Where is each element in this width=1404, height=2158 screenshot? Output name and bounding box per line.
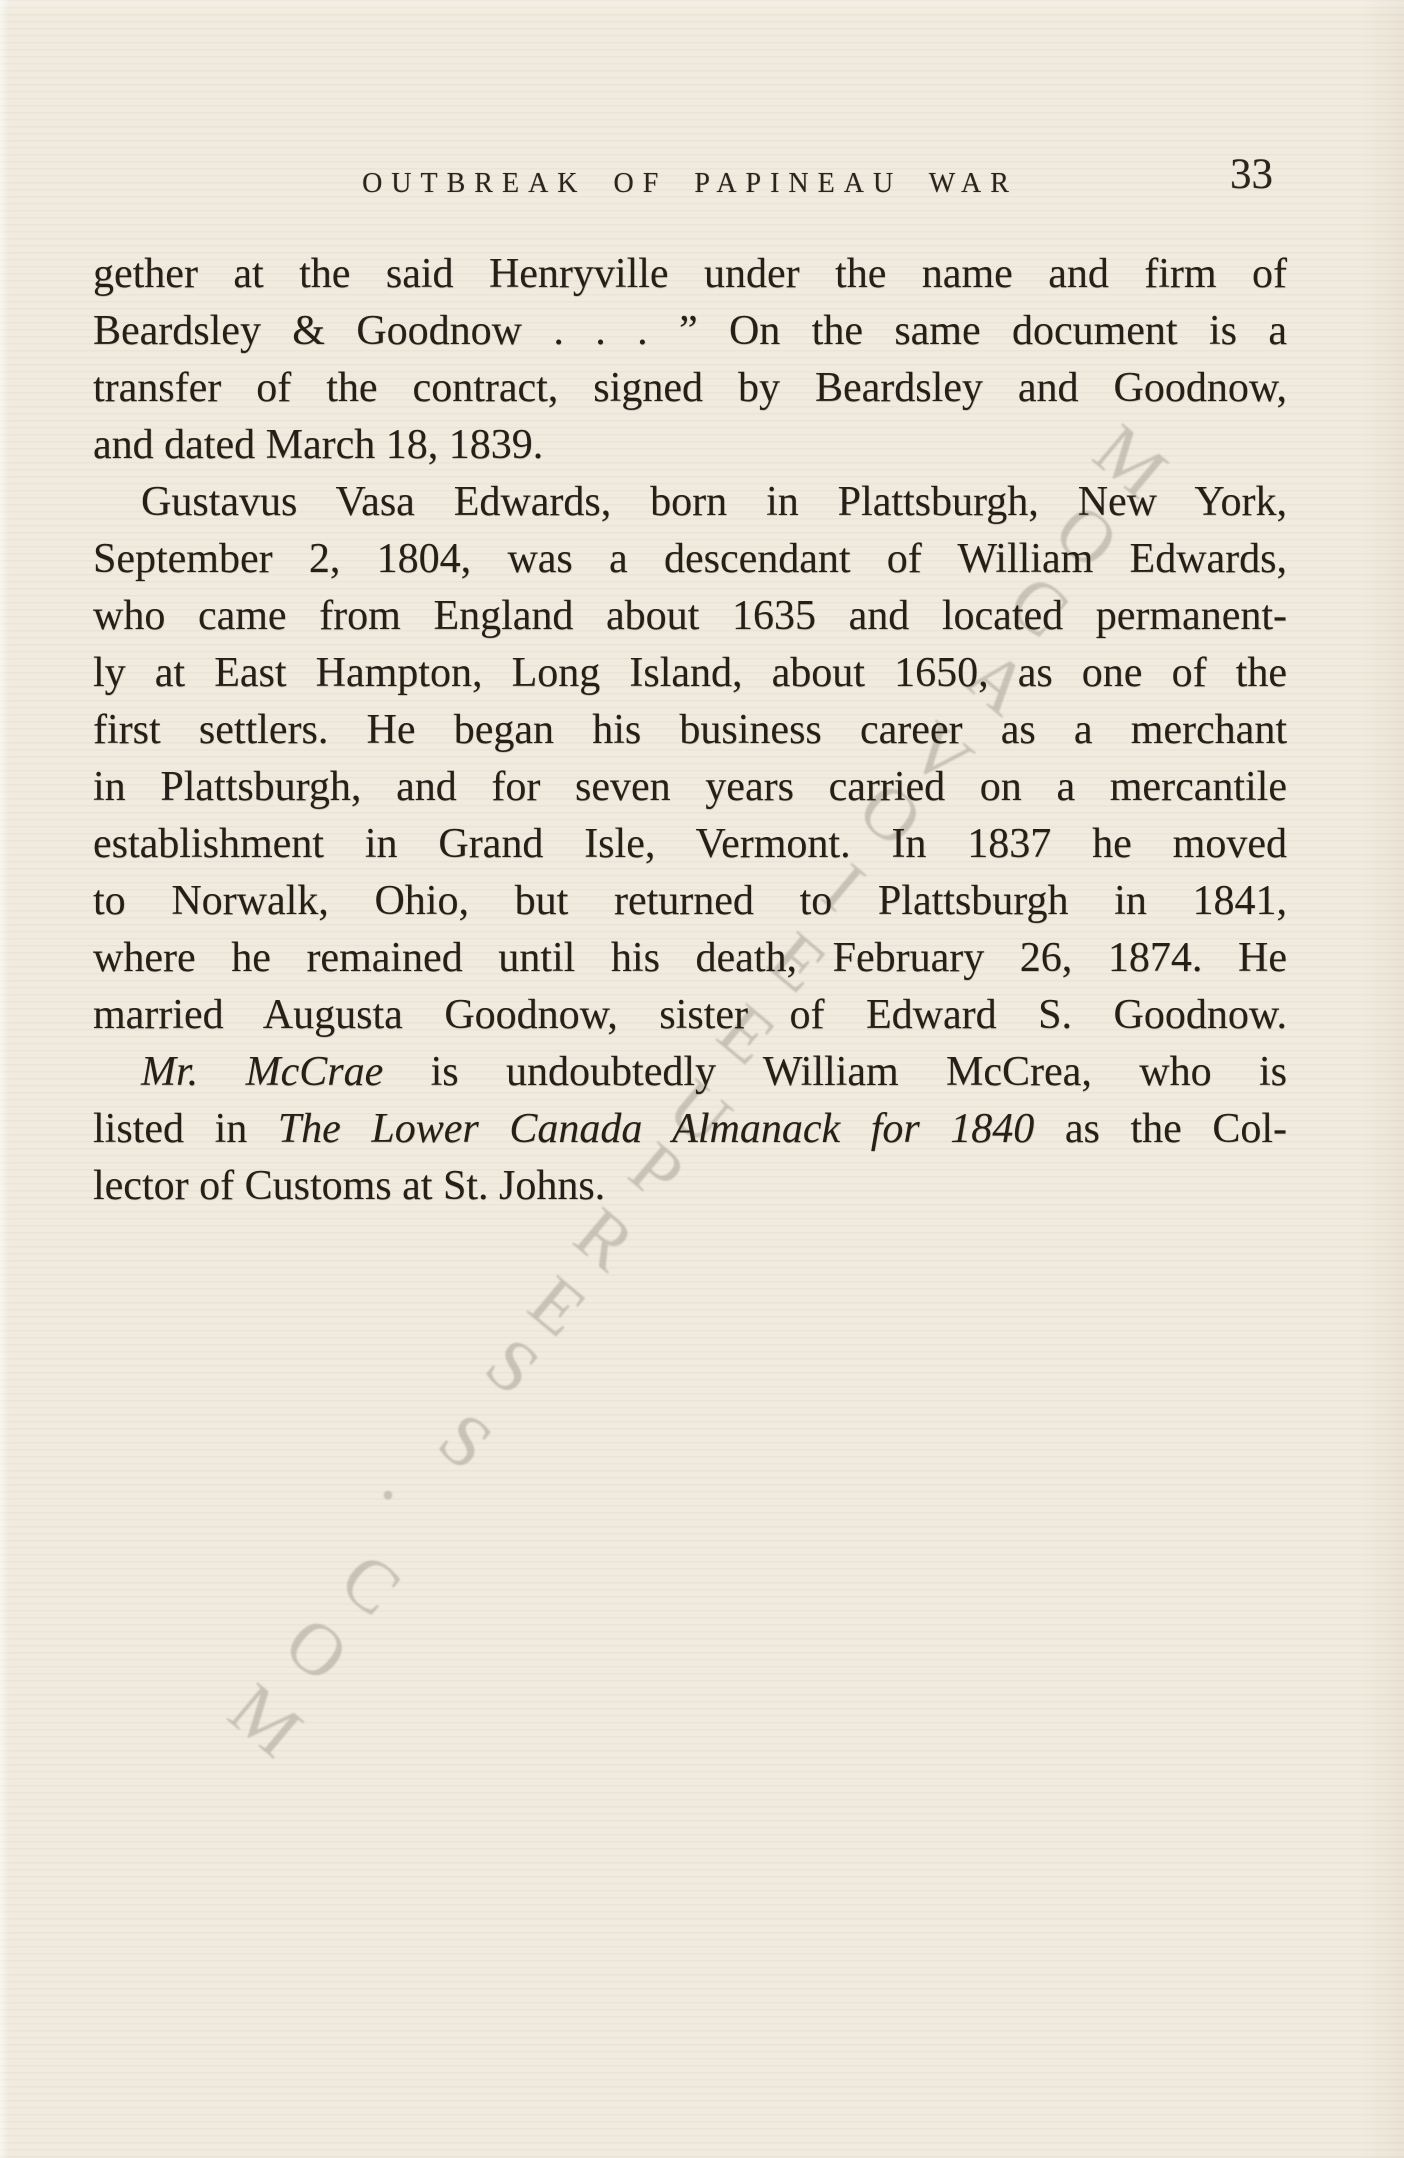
text-line: establishment in Grand Isle, Vermont. In… [93,816,1287,873]
watermark-letter: M [212,1667,317,1774]
text-run: where he remained until his death, Febru… [93,935,1287,981]
text-run: transfer of the contract, signed by Bear… [93,365,1287,411]
text-line: Beardsley & Goodnow . . . ” On the same … [93,303,1287,360]
text-run: who came from England about 1635 and loc… [93,593,1287,639]
scanned-book-page: MOCAVOIEEUPRESS.COM OUTBREAK OF PAPINEAU… [0,0,1404,2158]
text-line: who came from England about 1635 and loc… [93,588,1287,645]
text-line: lector of Customs at St. Johns. [93,1158,1287,1215]
text-line: in Plattsburgh, and for seven years carr… [93,759,1287,816]
text-run: lector of Customs at St. Johns. [93,1163,605,1209]
text-run: listed in [93,1106,278,1152]
italic-run: Mr. McCrae [141,1049,383,1095]
text-run: gether at the said Henryville under the … [93,251,1287,297]
text-line: ly at East Hampton, Long Island, about 1… [93,645,1287,702]
text-run: first settlers. He began his business ca… [93,707,1287,753]
text-line: married Augusta Goodnow, sister of Edwar… [93,987,1287,1044]
text-line: where he remained until his death, Febru… [93,930,1287,987]
watermark-letter: C [324,1537,416,1634]
text-line: Gustavus Vasa Edwards, born in Plattsbur… [93,474,1287,531]
text-run: Beardsley & Goodnow . . . ” On the same … [93,308,1287,354]
text-run: married Augusta Goodnow, sister of Edwar… [93,992,1287,1038]
text-run: and dated March 18, 1839. [93,422,543,468]
watermark-letter: O [268,1600,364,1699]
text-run: establishment in Grand Isle, Vermont. In… [93,821,1287,867]
watermark-letter: E [512,1260,601,1354]
page-header: OUTBREAK OF PAPINEAU WAR 33 [93,0,1287,230]
watermark-letter: . [367,1441,436,1518]
text-run: to Norwalk, Ohio, but returned to Platts… [93,878,1287,924]
text-line: first settlers. He began his business ca… [93,702,1287,759]
text-line: transfer of the contract, signed by Bear… [93,360,1287,417]
text-line: listed in The Lower Canada Almanack for … [93,1101,1287,1158]
text-block: gether at the said Henryville under the … [93,246,1287,1215]
text-line: gether at the said Henryville under the … [93,246,1287,303]
running-head-title: OUTBREAK OF PAPINEAU WAR [93,168,1287,200]
italic-run: The Lower Canada Almanack for 1840 [278,1106,1034,1152]
text-line: Mr. McCrae is undoubtedly William McCrea… [93,1044,1287,1101]
text-run: is undoubtedly William McCrea, who is [383,1049,1287,1095]
watermark-letter: S [422,1396,508,1488]
text-line: and dated March 18, 1839. [93,417,1287,474]
text-line: September 2, 1804, was a descendant of W… [93,531,1287,588]
text-run: as the Col- [1034,1106,1287,1152]
text-run: September 2, 1804, was a descendant of W… [93,536,1287,582]
text-run: ly at East Hampton, Long Island, about 1… [93,650,1287,696]
text-run: in Plattsburgh, and for seven years carr… [93,764,1287,810]
watermark-letter: S [469,1321,555,1413]
text-line: to Norwalk, Ohio, but returned to Platts… [93,873,1287,930]
text-run: Gustavus Vasa Edwards, born in Plattsbur… [141,479,1287,525]
page-number: 33 [1230,150,1273,199]
